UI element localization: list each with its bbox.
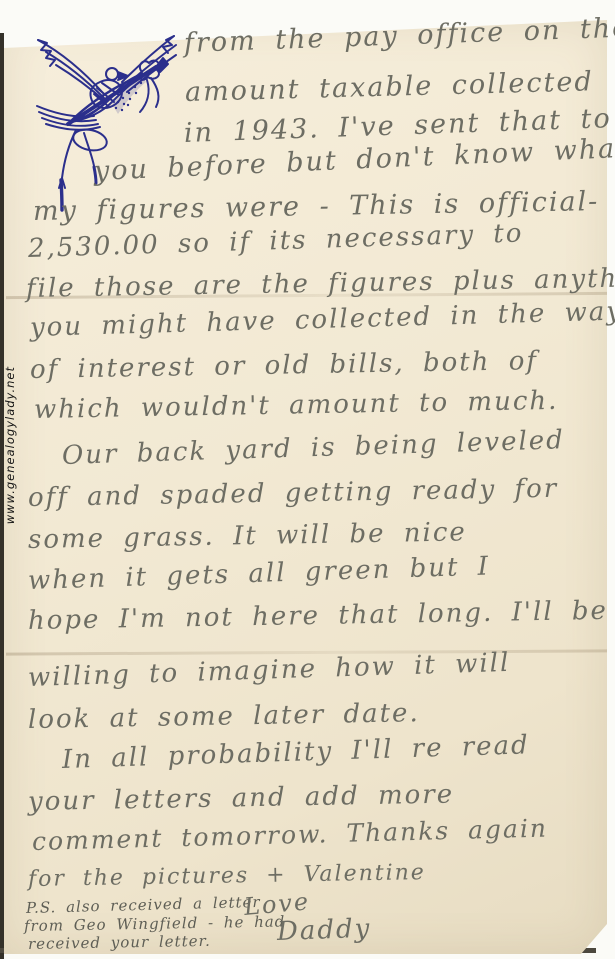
watermark-url: www.genealogylady.net [3, 366, 17, 524]
scanned-letter: www.genealogylady.net from the pay offic… [0, 0, 615, 959]
postscript-line: received your letter. [28, 932, 211, 953]
signature-name: Daddy [276, 914, 371, 947]
